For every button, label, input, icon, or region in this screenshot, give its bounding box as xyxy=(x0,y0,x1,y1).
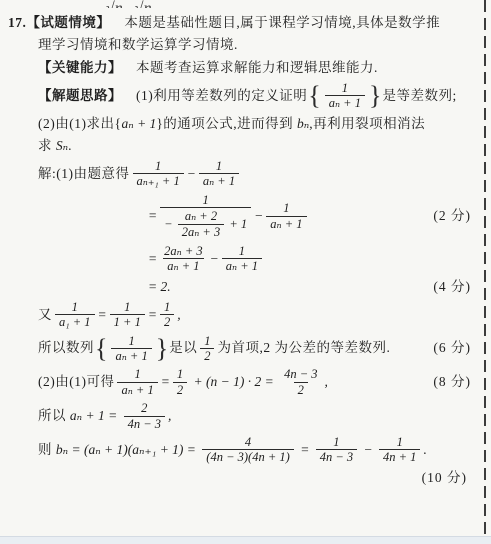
scanned-answer-page: √n √n 17.【试题情境】 本题是基础性题目,属于课程学习情境,具体是数学推… xyxy=(0,0,491,544)
math-run: = xyxy=(161,372,170,392)
math-run: 1 + 1 xyxy=(114,315,141,329)
set-brace: { xyxy=(95,336,107,362)
solution-step-7: (2)由(1)可得1aₙ + 1=12 + (n − 1) · 2 = 4n −… xyxy=(38,366,481,398)
fraction: 12 xyxy=(200,334,214,364)
solution-step-2: =1− aₙ + 22aₙ + 3 + 1−1aₙ + 1(2 分) xyxy=(148,192,481,241)
math-run: (4n − 3)(4n + 1) xyxy=(206,450,290,464)
math-run: 1 xyxy=(177,367,183,381)
fraction: 14n + 1 xyxy=(379,435,420,465)
math-run: 1 xyxy=(216,159,222,173)
math-run: 1 xyxy=(342,81,348,95)
math-run: − xyxy=(164,217,176,231)
math-run: 1 xyxy=(155,159,161,173)
math-run: aₙ + 1 xyxy=(203,174,235,188)
numerator: 1 xyxy=(173,367,187,381)
section-label: 17.【试题情境】 xyxy=(8,13,110,33)
math-run: 1 xyxy=(283,201,289,215)
math-run: = 2. xyxy=(148,277,171,297)
math-run: 1 xyxy=(134,367,140,381)
intro-line-2: 理学习情境和数学运算学习情境. xyxy=(38,35,481,55)
math-run: bₙ = (aₙ + 1)(aₙ₊₁ + 1) = xyxy=(56,440,199,460)
math-run: 4 xyxy=(245,435,251,449)
fraction: 1aₙ + 1 xyxy=(325,81,365,111)
math-run: = xyxy=(148,206,157,226)
fraction: 1a₁ + 1 xyxy=(55,300,95,330)
numerator: 1 xyxy=(68,300,82,314)
denominator: aₙ + 1 xyxy=(111,348,151,363)
text-run: 是以 xyxy=(169,338,197,358)
numerator: 1 xyxy=(279,201,293,215)
solution-step-3: =2aₙ + 3aₙ + 1−1aₙ + 1 xyxy=(148,243,481,275)
score-mark: (8 分) xyxy=(433,372,471,392)
text-run: 则 xyxy=(38,440,56,460)
strategy-line-2: (2)由(1)求出{aₙ + 1}的通项公式,进而得到 bₙ,再利用裂项相消法 xyxy=(38,114,481,134)
math-run: aₙ + 2 xyxy=(185,209,217,223)
previous-line-fragment: √n √n xyxy=(0,0,491,8)
denominator: 1 + 1 xyxy=(110,314,145,329)
fraction: 14n − 3 xyxy=(316,435,357,465)
text-run: 本题是基础性题目,属于课程学习情境,具体是数学推 xyxy=(110,13,440,33)
text-run: 又 xyxy=(38,305,52,325)
strategy-line-1: 【解题思路】 (1)利用等差数列的定义证明{1aₙ + 1}是等差数列; xyxy=(38,80,481,112)
numerator: 2 xyxy=(137,401,151,415)
fraction: 1aₙ + 1 xyxy=(117,367,157,397)
math-run: 4n − 3 xyxy=(320,450,353,464)
math-run: 1 xyxy=(164,300,170,314)
numerator: 1 xyxy=(329,435,343,449)
denominator: 2 xyxy=(160,314,174,329)
math-run: − xyxy=(187,164,196,184)
numerator: 4 xyxy=(241,435,255,449)
set-brace: } xyxy=(369,83,381,109)
text-run: }的通项公式,进而得到 xyxy=(156,114,297,134)
text-run: ,再利用裂项相消法 xyxy=(309,114,425,134)
math-run: 2 xyxy=(177,383,183,397)
math-run: 4n − 3 xyxy=(128,417,161,431)
solution-step-8: 所以 aₙ + 1 = 24n − 3, xyxy=(38,400,481,432)
next-section-edge xyxy=(0,536,491,544)
numerator: 1 xyxy=(160,300,174,314)
fraction: 4n − 32 xyxy=(280,367,321,397)
math-run: a₁ + 1 xyxy=(59,315,91,329)
math-run: 2 xyxy=(141,401,147,415)
fraction: 11 + 1 xyxy=(110,300,145,330)
denominator: 2 xyxy=(173,382,187,397)
denominator: aₙ + 1 xyxy=(325,95,365,110)
score-mark: (6 分) xyxy=(433,338,471,358)
cropped-math-text: √n √n xyxy=(106,0,152,8)
fraction: 4(4n − 3)(4n + 1) xyxy=(202,435,294,465)
denominator: − aₙ + 22aₙ + 3 + 1 xyxy=(160,207,251,240)
solution-step-9: 则 bₙ = (aₙ + 1)(aₙ₊₁ + 1) = 4(4n − 3)(4n… xyxy=(38,434,481,466)
text-run: (2)由(1)可得 xyxy=(38,372,114,392)
denominator: 2 xyxy=(294,382,308,397)
solution-step-4: = 2.(4 分) xyxy=(148,277,481,297)
denominator: a₁ + 1 xyxy=(55,314,95,329)
fraction: 1aₙ + 1 xyxy=(266,201,306,231)
denominator: 2 xyxy=(200,348,214,363)
denominator: aₙ₊₁ + 1 xyxy=(133,173,184,188)
math-run: aₙ + 1 xyxy=(115,349,147,363)
numerator: 1 xyxy=(130,367,144,381)
math-run: = xyxy=(148,249,157,269)
denominator: aₙ + 1 xyxy=(163,258,203,273)
fraction: 2aₙ + 3aₙ + 1 xyxy=(160,244,207,274)
text-run: 所以 xyxy=(38,406,70,426)
intro-line-1: 17.【试题情境】 本题是基础性题目,属于课程学习情境,具体是数学推 xyxy=(8,13,481,33)
math-run: bₙ xyxy=(297,114,309,134)
math-run: 1 xyxy=(204,334,210,348)
numerator: 1 xyxy=(151,159,165,173)
numerator: 1 xyxy=(124,334,138,348)
denominator: (4n − 3)(4n + 1) xyxy=(202,449,294,464)
solution-step-1: 解:(1)由题意得1aₙ₊₁ + 1−1aₙ + 1 xyxy=(38,158,481,190)
math-run: 1 xyxy=(72,300,78,314)
math-run: , xyxy=(168,406,171,426)
numerator: 1 xyxy=(212,159,226,173)
denominator: aₙ + 1 xyxy=(222,258,262,273)
solution-step-6: 所以数列{1aₙ + 1}是以12为首项,2 为公差的等差数列.(6 分) xyxy=(38,333,481,365)
text-run: 本题考查运算求解能力和逻辑思维能力. xyxy=(122,58,378,78)
math-run: 2 xyxy=(164,315,170,329)
solution-body: 17.【试题情境】 本题是基础性题目,属于课程学习情境,具体是数学推理学习情境和… xyxy=(0,8,491,488)
text-run: . xyxy=(68,136,72,156)
math-run: aₙ + 1 xyxy=(121,383,153,397)
math-run: , xyxy=(177,305,180,325)
denominator: aₙ + 1 xyxy=(266,216,306,231)
section-label: 【解题思路】 xyxy=(38,86,122,106)
math-run: aₙ + 1 xyxy=(270,217,302,231)
math-run: 4n + 1 xyxy=(383,450,416,464)
strategy-line-3: 求 Sₙ. xyxy=(38,136,481,156)
math-run: Sₙ xyxy=(56,136,68,156)
text-run: 所以数列 xyxy=(38,338,94,358)
math-run: 4n − 3 xyxy=(284,367,317,381)
math-run: = xyxy=(98,305,107,325)
math-run: aₙ + 1 xyxy=(226,259,258,273)
math-run: . xyxy=(423,440,426,460)
text-run: (1)利用等差数列的定义证明 xyxy=(122,86,307,106)
solution-step-5: 又1a₁ + 1=11 + 1=12, xyxy=(38,299,481,331)
set-brace: { xyxy=(308,83,320,109)
math-run: = xyxy=(297,440,313,460)
fraction: 1aₙ + 1 xyxy=(222,244,262,274)
fraction: 24n − 3 xyxy=(124,401,165,431)
math-run: − xyxy=(210,249,219,269)
denominator: 4n + 1 xyxy=(379,449,420,464)
numerator: 2aₙ + 3 xyxy=(160,244,207,258)
fraction: 12 xyxy=(160,300,174,330)
score-mark: (10 分) xyxy=(422,468,467,488)
numerator: 1 xyxy=(199,193,213,207)
denominator: 4n − 3 xyxy=(124,416,165,431)
numerator: 1 xyxy=(235,244,249,258)
math-run: aₙ + 1 xyxy=(167,259,199,273)
math-run: aₙ + 1 = xyxy=(70,406,121,426)
math-run: = xyxy=(148,305,157,325)
denominator: 2aₙ + 3 xyxy=(178,224,225,239)
numerator: 1 xyxy=(338,81,352,95)
text-run: 为首项,2 为公差的等差数列. xyxy=(217,338,390,358)
math-run: 1 xyxy=(239,244,245,258)
set-brace: } xyxy=(156,336,168,362)
math-run: aₙ₊₁ + 1 xyxy=(137,174,180,188)
math-run: 1 xyxy=(128,334,134,348)
math-run: 1 xyxy=(124,300,130,314)
fraction: 1− aₙ + 22aₙ + 3 + 1 xyxy=(160,193,251,240)
score-mark: (2 分) xyxy=(433,206,471,226)
math-run: − xyxy=(360,440,376,460)
math-run: 1 xyxy=(333,435,339,449)
solution-score-final: (10 分) xyxy=(0,468,477,488)
math-run: 2aₙ + 3 xyxy=(182,225,221,239)
text-run: 理学习情境和数学运算学习情境. xyxy=(38,35,238,55)
text-run: (2)由(1)求出{ xyxy=(38,114,121,134)
denominator: 4n − 3 xyxy=(316,449,357,464)
math-run: 2 xyxy=(298,383,304,397)
denominator: aₙ + 1 xyxy=(117,382,157,397)
math-run: 1 xyxy=(397,435,403,449)
math-run: , xyxy=(325,372,328,392)
numerator: 4n − 3 xyxy=(280,367,321,381)
fraction: 1aₙ + 1 xyxy=(199,159,239,189)
math-run: 2aₙ + 3 xyxy=(164,244,203,258)
score-mark: (4 分) xyxy=(433,277,471,297)
text-run: 是等差数列; xyxy=(382,86,456,106)
numerator: 1 xyxy=(120,300,134,314)
math-run: 2 xyxy=(204,349,210,363)
fraction: aₙ + 22aₙ + 3 xyxy=(178,209,225,239)
text-run: 求 xyxy=(38,136,56,156)
page-right-border xyxy=(484,0,486,535)
math-run: + (n − 1) · 2 = xyxy=(190,372,277,392)
fraction: 12 xyxy=(173,367,187,397)
fraction: 1aₙ₊₁ + 1 xyxy=(133,159,184,189)
math-run: − xyxy=(254,206,263,226)
numerator: 1 xyxy=(393,435,407,449)
text-run: 解:(1)由题意得 xyxy=(38,164,130,184)
fraction: 1aₙ + 1 xyxy=(111,334,151,364)
numerator: 1 xyxy=(200,334,214,348)
math-run: + 1 xyxy=(226,217,247,231)
math-run: 1 xyxy=(203,193,209,207)
section-label: 【关键能力】 xyxy=(38,58,122,78)
math-run: aₙ + 1 xyxy=(329,96,361,110)
math-run: aₙ + 1 xyxy=(121,114,156,134)
numerator: aₙ + 2 xyxy=(181,209,221,223)
key-ability-line: 【关键能力】 本题考查运算求解能力和逻辑思维能力. xyxy=(38,58,481,78)
denominator: aₙ + 1 xyxy=(199,173,239,188)
